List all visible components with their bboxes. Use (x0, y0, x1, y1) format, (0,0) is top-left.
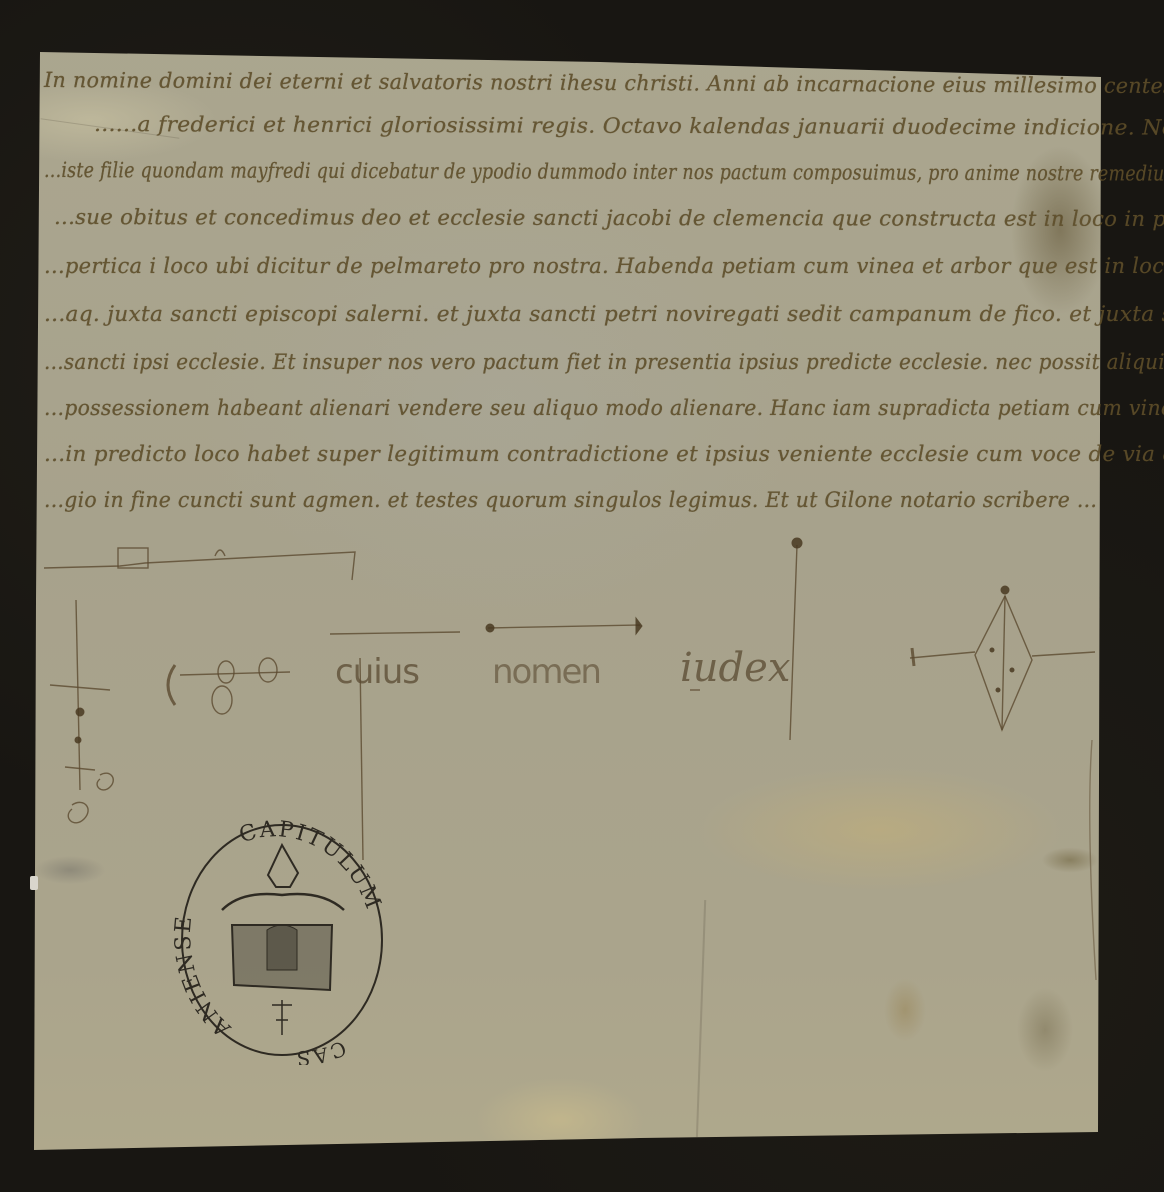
ruled-frame-line (44, 552, 355, 580)
mitre-icon (268, 845, 298, 887)
cross-signum-vertical (76, 600, 80, 790)
ego-g-loop (218, 661, 234, 683)
ego-o (259, 658, 277, 682)
subscription-word-cuius: cuius (335, 652, 419, 692)
iudex-staff (790, 545, 797, 740)
loop-mark (215, 550, 225, 556)
ego-E (168, 665, 175, 705)
spiral-flourish (68, 802, 88, 822)
spiral-flourish (97, 773, 113, 790)
cross-dot (75, 737, 81, 743)
cross-signum-horizontal (50, 685, 110, 690)
cross-dot (76, 708, 84, 716)
crozier-icon (272, 1000, 292, 1035)
subscription-word-iudex: iudex (680, 645, 790, 691)
subscription-word-nomen: nomen (492, 652, 600, 692)
seal-inscription-bottom: CAS (294, 1036, 350, 1065)
cross-bar-top (330, 632, 460, 634)
chapter-seal-stamp: CAPITULUM ANIENSE CAS (172, 815, 392, 1065)
seal-inscription-top: CAPITULUM (237, 817, 386, 914)
